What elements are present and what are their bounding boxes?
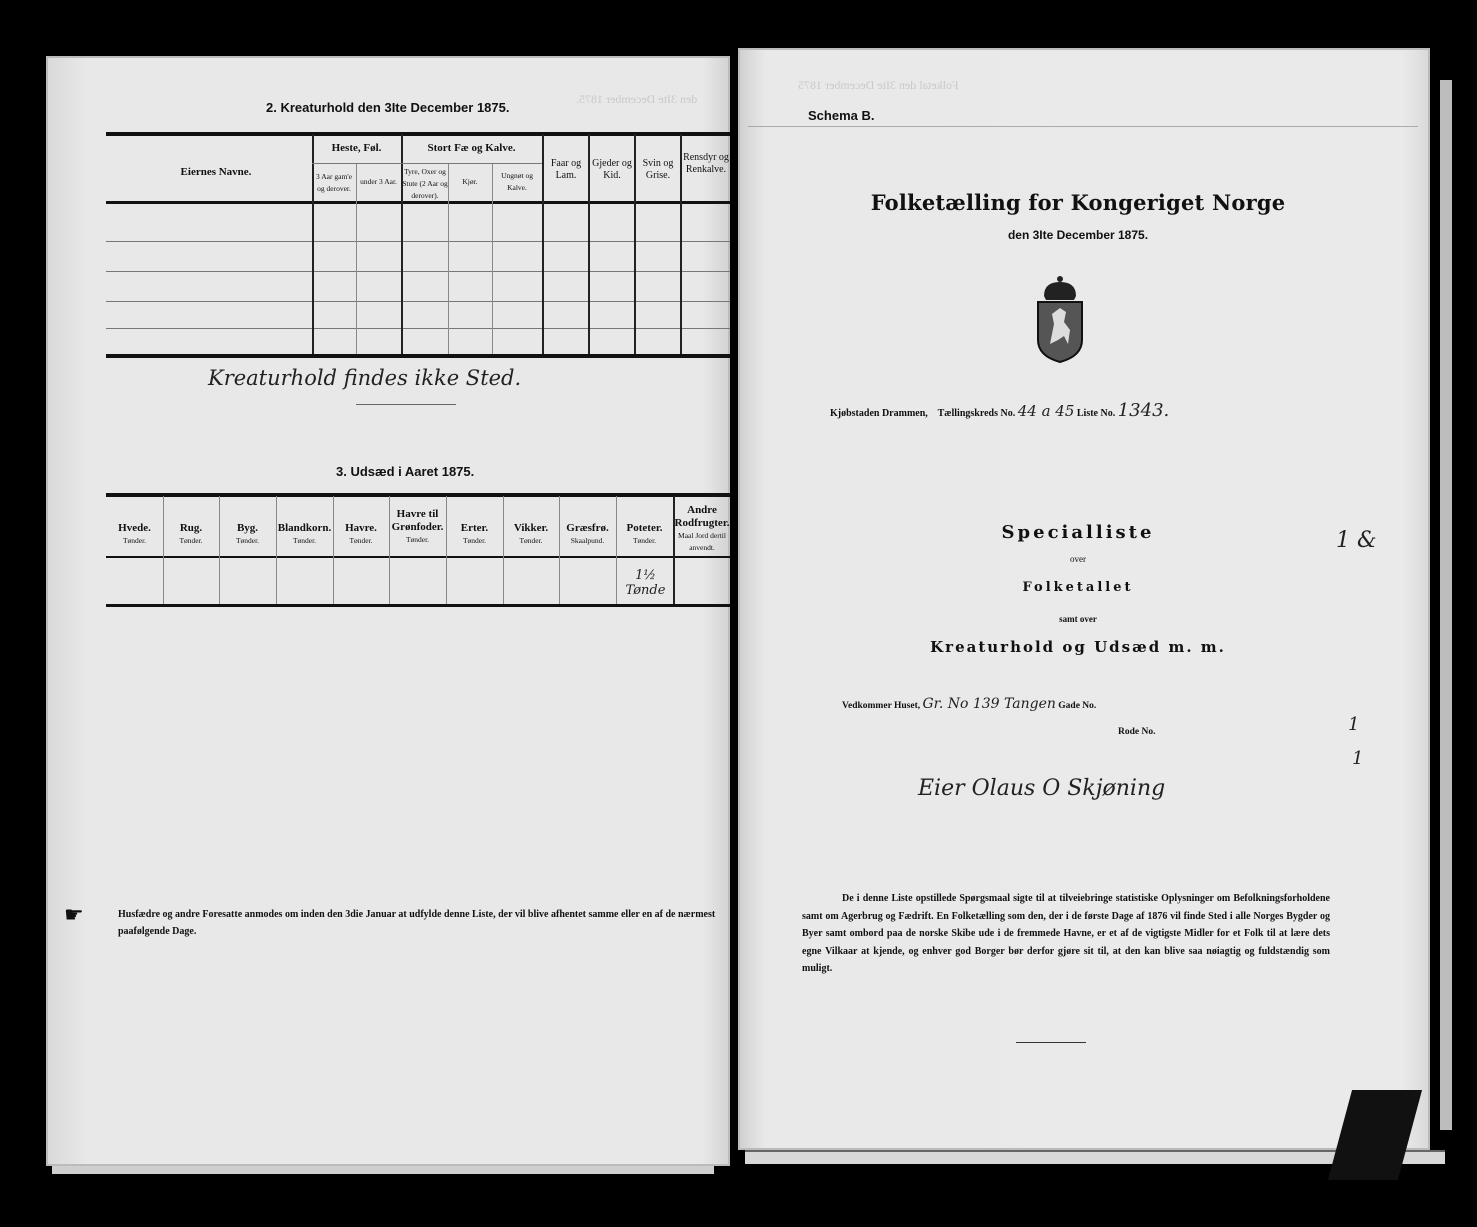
col-sheep: Faar og Lam.	[544, 158, 588, 182]
col-goats: Gjeder og Kid.	[590, 158, 634, 182]
poteter-value: 1½ Tønde	[618, 568, 673, 598]
group-horses: Heste, Føl.	[312, 142, 401, 155]
left-page: den 3Ite December 1875. 2. Kreaturhold d…	[46, 56, 730, 1166]
col-cows: Kjør.	[448, 176, 492, 188]
kreds-label: Tællingskreds No.	[938, 408, 1016, 419]
footer-paragraph: De i denne Liste opstillede Spørgsmaal s…	[802, 890, 1330, 978]
house-value: Gr. No 139 Tangen	[923, 696, 1056, 712]
col-pigs: Svin og Grise.	[636, 158, 680, 182]
margin-mark-2: 1	[1348, 714, 1359, 735]
handwritten-note: Kreaturhold findes ikke Sted.	[208, 366, 521, 390]
col-graesfro: Græsfrø.Skaalpund.	[559, 522, 616, 547]
footer-rule	[1016, 1042, 1086, 1043]
house-label: Vedkommer Huset,	[842, 701, 920, 711]
schema-label: Schema B.	[808, 108, 874, 123]
margin-mark-1: 1 &	[1336, 528, 1377, 553]
col-hvede: Hvede.Tønder.	[106, 522, 163, 547]
norway-coat-of-arms-icon	[1030, 274, 1090, 364]
margin-mark-3: 1	[1352, 748, 1363, 769]
liste-label: Liste No.	[1077, 408, 1115, 419]
col-havre: Havre.Tønder.	[333, 522, 389, 547]
kreds-value: 44 a 45	[1018, 402, 1075, 420]
liste-value: 1343.	[1118, 400, 1170, 421]
town-label: Kjøbstaden Drammen,	[830, 408, 928, 419]
main-title: Folketælling for Kongeriget Norge	[828, 190, 1328, 215]
col-andre-rodfrugter: Andre Rodfrugter.Maal Jord dertil anvend…	[674, 504, 730, 554]
samt-over-label: samt over	[828, 614, 1328, 624]
section2-title: 2. Kreaturhold den 3Ite December 1875.	[266, 100, 509, 115]
col-havre-gronfoder: Havre til Grønfoder.Tønder.	[389, 508, 446, 546]
col-reindeer: Rensdyr og Renkalve.	[682, 152, 730, 176]
district-line: Kjøbstaden Drammen, Tællingskreds No. 44…	[830, 402, 1169, 422]
col-horses-3yr: 3 Aar gam'e og derover.	[312, 171, 356, 195]
col-byg: Byg.Tønder.	[219, 522, 276, 547]
rode-label: Rode No.	[1118, 724, 1155, 741]
col-blandkorn: Blandkorn.Tønder.	[276, 522, 333, 547]
col-vikker: Vikker.Tønder.	[503, 522, 559, 547]
notice-text: Husfædre og andre Foresatte anmodes om i…	[118, 906, 728, 940]
house-line: Vedkommer Huset, Gr. No 139 Tangen Gade …	[842, 696, 1096, 715]
col-owner-names: Eiernes Navne.	[126, 166, 306, 179]
page-stack-edge	[1440, 80, 1452, 1130]
kreaturhold-label: Kreaturhold og Udsæd m. m.	[828, 638, 1328, 656]
col-poteter: Poteter.Tønder.	[616, 522, 673, 547]
folketallet-label: Folketallet	[828, 580, 1328, 595]
col-bulls-oxen: Tyre, Oxer og Stute (2 Aar og derover).	[402, 166, 448, 202]
group-cattle: Stort Fæ og Kalve.	[401, 142, 542, 155]
over-label: over	[828, 554, 1328, 564]
owner-signature: Eier Olaus O Skjøning	[918, 776, 1165, 801]
col-rug: Rug.Tønder.	[163, 522, 219, 547]
section3-title: 3. Udsæd i Aaret 1875.	[336, 464, 474, 479]
table-top-rule	[106, 132, 730, 136]
col-young-cattle: Ungnøt og Kalve.	[492, 170, 542, 194]
specialliste-title: Specialliste	[828, 522, 1328, 543]
subtitle: den 3Ite December 1875.	[828, 228, 1328, 242]
bleed-through-header: Folketal den 3Ite December 1875	[798, 78, 959, 93]
bleed-through-text: den 3Ite December 1875.	[576, 92, 697, 107]
pointing-hand-icon: ☛	[64, 904, 84, 926]
right-page: Folketal den 3Ite December 1875 Schema B…	[738, 48, 1430, 1150]
gade-label: Gade No.	[1058, 701, 1096, 711]
col-horses-under3: under 3 Aar.	[356, 176, 401, 188]
col-erter: Erter.Tønder.	[446, 522, 503, 547]
table-bottom-rule	[106, 354, 730, 358]
